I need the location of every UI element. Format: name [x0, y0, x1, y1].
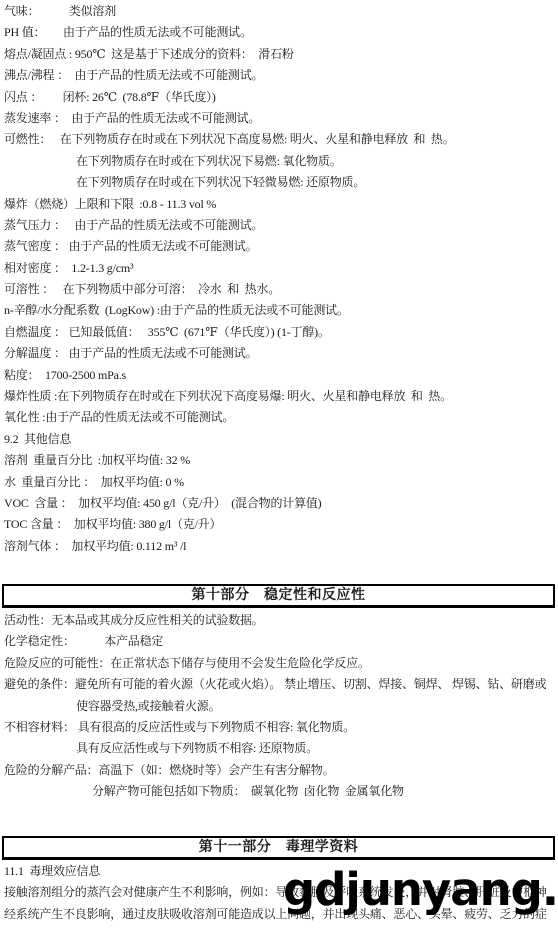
text-line: 自燃温度 ： 已知最低值： 355℃ (671℉（华氏度）) (1-丁醇)。 — [4, 322, 558, 343]
text-line: 避免的条件：避免所有可能的着火源（火花或火焰）。 禁止增压、切割、焊接、铜焊、 … — [4, 674, 558, 695]
text-line: 分解产物可能包括如下物质： 碳氧化物 卤化物 金属氧化物 — [4, 781, 558, 802]
text-line: VOC 含量 ： 加权平均值: 450 g/l（克/升） (混合物的计算值) — [4, 493, 558, 514]
text-line: 水 重量百分比 ： 加权平均值: 0 % — [4, 472, 558, 493]
text-line: 在下列物质存在时或在下列状况下轻微易燃: 还原物质。 — [4, 172, 558, 193]
text-line: 相对密度 ： 1.2-1.3 g/cm³ — [4, 258, 558, 279]
section-11-header: 第十一部分 毒理学资料 — [2, 836, 555, 860]
watermark: gdjunyang.c — [283, 864, 558, 916]
text-line: TOC 含量 ： 加权平均值: 380 g/l（克/升） — [4, 514, 558, 535]
text-line: 使容器受热,或接触着火源。 — [4, 696, 558, 717]
text-line: 爆炸（燃烧）上限和下限 :0.8 - 11.3 vol % — [4, 194, 558, 215]
text-line: 活动性：无本品或其成分反应性相关的试验数据。 — [4, 610, 558, 631]
physical-properties-section: 气味： 类似溶剂PH 值： 由于产品的性质无法或不可能测试。熔点/凝固点 : 9… — [4, 1, 558, 557]
text-line: 沸点/沸程 ： 由于产品的性质无法或不可能测试。 — [4, 65, 558, 86]
text-line: 蒸气压力 ： 由于产品的性质无法或不可能测试。 — [4, 215, 558, 236]
text-line: 氧化性 :由于产品的性质无法或不可能测试。 — [4, 407, 558, 428]
text-line: PH 值： 由于产品的性质无法或不可能测试。 — [4, 22, 558, 43]
text-line: 可燃性： 在下列物质存在时或在下列状况下高度易燃: 明火、火星和静电释放 和 热… — [4, 129, 558, 150]
section-10-header: 第十部分 稳定性和反应性 — [2, 584, 555, 608]
text-line: 可溶性 ： 在下列物质中部分可溶： 冷水 和 热水。 — [4, 279, 558, 300]
text-line: 危险反应的可能性：在正常状态下储存与使用不会发生危险化学反应。 — [4, 653, 558, 674]
text-line: n-辛醇/水分配系数 (LogKow) :由于产品的性质无法或不可能测试。 — [4, 300, 558, 321]
text-line: 蒸气密度 ： 由于产品的性质无法或不可能测试。 — [4, 236, 558, 257]
text-line: 具有反应活性或与下列物质不相容: 还原物质。 — [4, 738, 558, 759]
text-line: 闪点 ： 闭杯: 26℃ (78.8℉（华氏度）) — [4, 87, 558, 108]
text-line: 化学稳定性： 本产品稳定 — [4, 631, 558, 652]
text-line: 溶剂 重量百分比 :加权平均值: 32 % — [4, 450, 558, 471]
text-line: 粘度： 1700-2500 mPa.s — [4, 365, 558, 386]
text-line: 熔点/凝固点 : 950℃ 这是基于下述成分的资料： 滑石粉 — [4, 44, 558, 65]
text-line: 危险的分解产品：高温下（如：燃烧时等）会产生有害分解物。 — [4, 760, 558, 781]
text-line: 分解温度 ： 由于产品的性质无法或不可能测试。 — [4, 343, 558, 364]
text-line: 9.2 其他信息 — [4, 429, 558, 450]
text-line: 气味： 类似溶剂 — [4, 1, 558, 22]
msds-document-page: { "colors": { "background": "#ffffff", "… — [0, 0, 558, 934]
stability-reactivity-section: 活动性：无本品或其成分反应性相关的试验数据。化学稳定性： 本产品稳定危险反应的可… — [4, 610, 558, 803]
text-line: 爆炸性质 :在下列物质存在时或在下列状况下高度易爆: 明火、火星和静电释放 和 … — [4, 386, 558, 407]
text-line: 在下列物质存在时或在下列状况下易燃: 氧化物质。 — [4, 151, 558, 172]
text-line: 不相容材料： 具有很高的反应活性或与下列物质不相容: 氧化物质。 — [4, 717, 558, 738]
text-line: 溶剂气体 ： 加权平均值: 0.112 m³ /l — [4, 536, 558, 557]
text-line: 蒸发速率 ： 由于产品的性质无法或不可能测试。 — [4, 108, 558, 129]
